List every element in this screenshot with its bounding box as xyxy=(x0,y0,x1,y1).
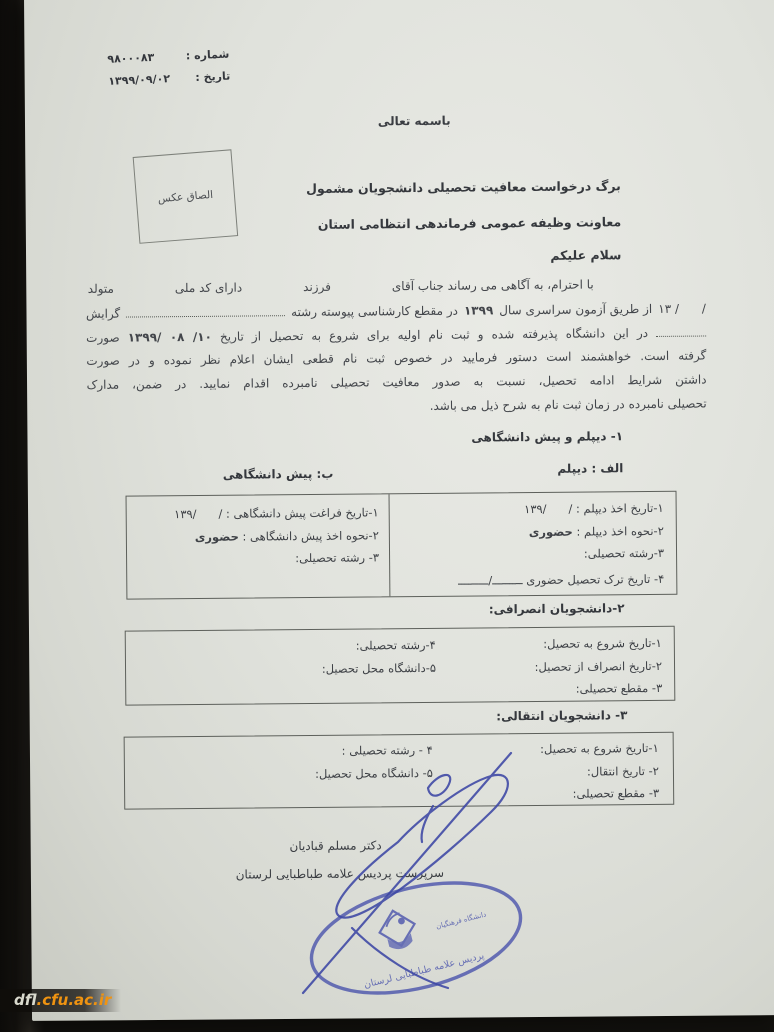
table-row: ۴-رشته تحصیلی: xyxy=(321,634,435,657)
watermark-suffix: .cfu.ac.ir xyxy=(37,991,112,1009)
transfer-students-table: ۱-تاریخ شروع به تحصیل: ۲- تاریخ انتقال: … xyxy=(124,732,675,810)
preuni-row-3: ۳- رشته تحصیلی: xyxy=(137,546,379,571)
section3-heading: ۳- دانشجویان انتقالی: xyxy=(496,708,627,723)
diploma-row-3: ۳-رشته تحصیلی: xyxy=(524,542,664,566)
diploma-table: ۱-تاریخ اخذ دیپلم : ۱۳۹/ / ۲-نحوه اخذ دی… xyxy=(126,491,678,600)
date-value: ۱۳۹۹/۰۹/۰۲ xyxy=(108,68,171,93)
diploma-date-label: ۱-تاریخ اخذ دیپلم : xyxy=(576,501,664,516)
transfer-right-column: ۱-تاریخ شروع به تحصیل: ۲- تاریخ انتقال: … xyxy=(540,737,659,806)
addressee-line: معاونت وظیفه عمومی فرماندهی انتظامی استا… xyxy=(318,214,621,232)
diploma-method-value: حضوری xyxy=(529,524,573,538)
number-value: ۹۸۰۰۰۸۳ xyxy=(107,47,155,71)
diploma-method-label: ۲-نحوه اخذ دیپلم : xyxy=(576,523,663,538)
preuni-row-2: ۲-نحوه اخذ پیش دانشگاهی : حضوری xyxy=(137,524,379,549)
enrollment-date: ۱۳۹۹/ ۰۸ /۱۰ xyxy=(128,330,212,345)
signatory-name: دکتر مسلم قبادیان xyxy=(251,838,421,853)
birth-date-fragment: ۱۳ / / xyxy=(658,302,706,316)
body-line1-birth-label: متولد xyxy=(88,282,114,296)
table-row: ۲- تاریخ انتقال: xyxy=(540,759,659,783)
table-row: ۵- دانشگاه محل تحصیل: xyxy=(315,761,433,785)
body-line1-father-label: فرزند xyxy=(303,280,331,294)
preuni-method-label: ۲-نحوه اخذ پیش دانشگاهی : xyxy=(242,528,379,543)
watermark-prefix: dfl xyxy=(14,991,37,1009)
document-content: شماره : ۹۸۰۰۰۸۳ تاریخ : ۱۳۹۹/۰۹/۰۲ باسمه… xyxy=(0,0,774,1032)
section2-heading: ۲-دانشجویان انصرافی: xyxy=(489,601,625,616)
body-line-1: با احترام، به آگاهی می رساند جناب آقای ف… xyxy=(88,277,594,295)
table-row: ۲-تاریخ انصراف از تحصیل: xyxy=(535,654,663,678)
field-major-blank xyxy=(126,304,285,317)
number-label: شماره : xyxy=(185,44,229,68)
withdrawn-left-column: ۴-رشته تحصیلی: ۵-دانشگاه محل تحصیل: xyxy=(321,634,436,680)
table-row: ۱-تاریخ شروع به تحصیل: xyxy=(540,737,659,761)
site-watermark: dfl.cfu.ac.ir xyxy=(0,989,121,1012)
form-title: برگ درخواست معافیت تحصیلی دانشجویان مشمو… xyxy=(306,178,621,196)
besmele-heading: باسمه تعالی xyxy=(354,114,474,129)
preuniversity-cell: ۱-تاریخ فراغت پیش دانشگاهی : ۱۳۹/ / ۲-نح… xyxy=(137,501,380,571)
exam-text: از طریق آزمون سراسری سال xyxy=(499,302,652,317)
table-row: ۱-تاریخ شروع به تحصیل: xyxy=(534,632,662,656)
diploma-cell: ۱-تاریخ اخذ دیپلم : ۱۳۹/ / ۲-نحوه اخذ دی… xyxy=(524,497,664,566)
withdrawn-students-table: ۱-تاریخ شروع به تحصیل: ۲-تاریخ انصراف از… xyxy=(125,626,676,706)
table-row: ۴ - رشته تحصیلی : xyxy=(315,739,433,763)
preuni-date-label: ۱-تاریخ فراغت پیش دانشگاهی : xyxy=(226,505,379,520)
preuni-date-value: ۱۳۹/ / xyxy=(174,507,222,521)
line3-tail: صورت xyxy=(86,331,120,345)
table-row: ۳- مقطع تحصیلی: xyxy=(540,782,659,806)
field-orientation-blank xyxy=(656,325,706,337)
table-row: ۳- مقطع تحصیلی: xyxy=(535,677,663,701)
degree-text: در مقطع کارشناسی پیوسته رشته xyxy=(291,304,458,319)
body-line-2: ۱۳ / / از طریق آزمون سراسری سال ۱۳۹۹ در … xyxy=(86,301,706,321)
body-line-4: گرفته است. خواهشمند است دستور فرمایید در… xyxy=(86,349,706,368)
withdrawn-right-column: ۱-تاریخ شروع به تحصیل: ۲-تاریخ انصراف از… xyxy=(534,632,662,701)
dropout-date-blank: ـــــــــ/ـــــــــ xyxy=(458,573,523,588)
diploma-row-4: ۴- تاریخ ترک تحصیل حضوری ـــــــــ/ـــــ… xyxy=(458,567,664,591)
body-line-6: تحصیلی نامبرده در زمان ثبت نام به شرح ذی… xyxy=(87,397,707,416)
photo-attach-label: الصاق عكس xyxy=(157,188,213,204)
photo-attach-box: الصاق عكس xyxy=(133,149,239,243)
dropout-date-label: ۴- تاریخ ترک تحصیل حضوری xyxy=(526,571,664,586)
body-line1-nationalid-label: دارای کد ملی xyxy=(175,281,242,296)
diploma-column-label: الف : دیپلم xyxy=(557,461,623,476)
transfer-left-column: ۴ - رشته تحصیلی : ۵- دانشگاه محل تحصیل: xyxy=(315,739,433,785)
salutation: سلام علیکم xyxy=(550,247,621,263)
table-row: ۵-دانشگاه محل تحصیل: xyxy=(322,656,436,679)
body-line1-intro: با احترام، به آگاهی می رساند جناب آقای xyxy=(392,277,594,293)
body-line-5: داشتن شرایط ادامه تحصیل، نسبت به صدور مع… xyxy=(86,373,706,392)
diploma-row-2: ۲-نحوه اخذ دیپلم : حضوری xyxy=(524,519,664,543)
preuniversity-column-label: ب: پیش دانشگاهی xyxy=(223,467,334,482)
photographed-document: شماره : ۹۸۰۰۰۸۳ تاریخ : ۱۳۹۹/۰۹/۰۲ باسمه… xyxy=(0,0,774,1032)
diploma-date-value: ۱۳۹/ / xyxy=(524,502,572,516)
preuni-method-value: حضوری xyxy=(195,529,239,543)
admission-text: در این دانشگاه پذیرفته شده و ثبت نام اول… xyxy=(220,326,648,344)
signatory-title: سرپرست پردیس علامه طباطبایی لرستان xyxy=(201,866,479,882)
body-line-3: در این دانشگاه پذیرفته شده و ثبت نام اول… xyxy=(86,325,706,345)
document-meta: شماره : ۹۸۰۰۰۸۳ تاریخ : ۱۳۹۹/۰۹/۰۲ xyxy=(107,44,231,93)
diploma-table-divider xyxy=(389,494,391,596)
date-label: تاریخ : xyxy=(195,66,231,90)
document-date-row: تاریخ : ۱۳۹۹/۰۹/۰۲ xyxy=(108,66,231,93)
preuni-row-1: ۱-تاریخ فراغت پیش دانشگاهی : ۱۳۹/ / xyxy=(137,501,379,526)
exam-year: ۱۳۹۹ xyxy=(464,303,493,317)
section1-heading: ۱- دیپلم و پیش دانشگاهی xyxy=(471,429,623,444)
orientation-label: گرایش xyxy=(86,307,120,321)
diploma-row-1: ۱-تاریخ اخذ دیپلم : ۱۳۹/ / xyxy=(524,497,664,521)
